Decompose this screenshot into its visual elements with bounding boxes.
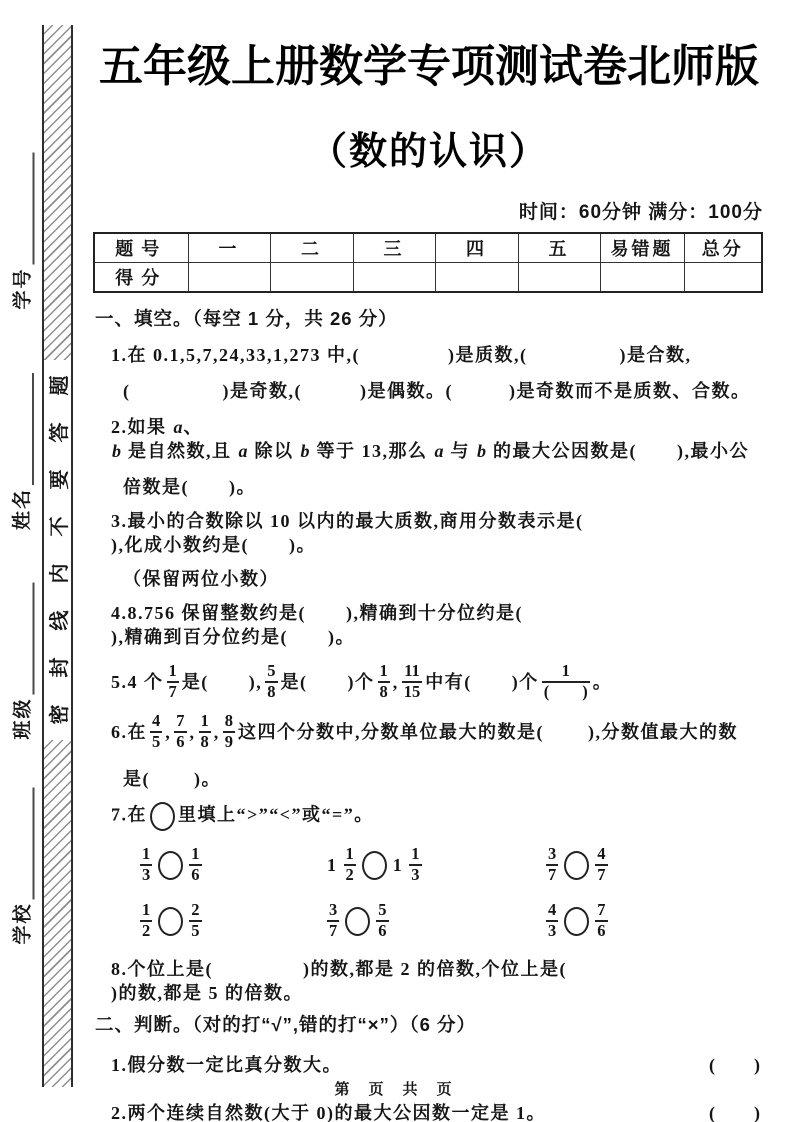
fraction-denominator: 5 [150, 731, 162, 752]
question-text: 2.如果 [111, 417, 173, 437]
fraction-numerator: 1 [140, 845, 152, 864]
fraction: 18 [199, 712, 211, 752]
question-line: 3.最小的合数除以 10 以内的最大质数,商用分数表示是(),化成小数约是()。 [111, 509, 765, 557]
question-text: 是( [182, 670, 209, 694]
question-line-continuation: （保留两位小数） [123, 567, 765, 591]
question-text: 是( [281, 670, 308, 694]
fraction: 13 [140, 845, 152, 885]
seal-character: 密 [34, 701, 81, 728]
fraction-denominator: 7 [327, 920, 339, 941]
answer-blank [360, 357, 448, 361]
fraction-denominator: 3 [409, 864, 421, 885]
question-line: 7.在里填上“>”“<”或“=”。 [111, 802, 765, 831]
fraction-numerator: 2 [189, 901, 201, 920]
circle-blank-icon [158, 851, 183, 880]
score-table-score-row: 得分 [94, 263, 762, 293]
question-text: 2.两个连续自然数(大于 0)的最大公因数一定是 1。 [111, 1101, 546, 1122]
seal-character: 内 [34, 560, 81, 587]
score-cell [270, 263, 353, 293]
variable-letter: b [111, 441, 122, 461]
question-text: 除以 [249, 441, 300, 461]
question-text: ),精确到百分位约是( [111, 627, 288, 647]
fraction-denominator: 3 [140, 864, 152, 885]
circle-blank-icon [158, 907, 183, 936]
answer-parentheses: ( ) [709, 1053, 761, 1077]
question-text: 与 [445, 441, 477, 461]
compare-item: 1225 [137, 901, 324, 941]
seal-character: 答 [34, 419, 81, 446]
exam-meta: 时间：60分钟 满分：100分 [93, 197, 765, 224]
question-text: )是质数,( [448, 345, 528, 365]
field-blank-line [28, 152, 35, 264]
judgement-line: 2.两个连续自然数(大于 0)的最大公因数一定是 1。( ) [111, 1101, 765, 1122]
question-text: 1.假分数一定比真分数大。 [111, 1053, 342, 1077]
question-text: )是奇数,( [223, 381, 303, 401]
score-table-header-cell: 易错题 [600, 233, 684, 263]
answer-blank [249, 547, 289, 551]
score-table-header-cell: 一 [188, 233, 270, 263]
question-line: 8.个位上是()的数,都是 2 的倍数,个位上是()的数,都是 5 的倍数。 [111, 957, 765, 1005]
variable-letter: a [434, 441, 445, 461]
seal-character: 线 [34, 607, 81, 634]
fraction-denominator: 6 [174, 731, 186, 752]
question-text: ),分数值最大的数 [588, 720, 738, 744]
fraction-denominator: ( ) [542, 681, 590, 702]
question-text: )个 [348, 670, 375, 694]
question-text: 8.个位上是( [111, 959, 213, 979]
fraction: 1( ) [542, 662, 590, 702]
variable-letter: a [238, 441, 249, 461]
score-cell [600, 263, 684, 293]
question-text: 二、判断。（对的打“√”,错的打“×”）（6 分） [95, 1014, 476, 1035]
judgement-line: 1.假分数一定比真分数大。( ) [111, 1053, 765, 1077]
variable-letter: b [476, 441, 487, 461]
circle-blank-icon [564, 907, 589, 936]
fraction-numerator: 8 [223, 712, 235, 731]
fraction-numerator: 11 [402, 662, 422, 681]
question-text: 、 [184, 417, 204, 437]
seal-line-text: 题答要不内线封密 [44, 360, 71, 740]
question-line-continuation: 是()。 [123, 767, 765, 791]
fraction-numerator: 5 [376, 901, 388, 920]
question-text: )是合数, [620, 345, 692, 365]
score-table: 题号一二三四五易错题总分得分 [93, 232, 763, 293]
score-cell [353, 263, 435, 293]
field-label: 姓名 [7, 488, 34, 530]
question-text: 里填上“>”“<”或“=”。 [178, 805, 374, 825]
question-text: , [190, 720, 196, 744]
question-text: )是奇数而不是质数、合数。 [509, 381, 751, 401]
score-cell [684, 263, 762, 293]
question-text: )。 [289, 535, 316, 555]
question-text: 1.在 0.1,5,7,24,33,1,273 中,( [111, 345, 360, 365]
question-text: , [214, 720, 220, 744]
fraction: 89 [223, 712, 235, 752]
answer-blank [209, 680, 249, 684]
score-table-header-cell: 四 [435, 233, 518, 263]
field-label: 学号 [8, 267, 35, 309]
hatch-pattern-top [44, 25, 71, 360]
question-text: , [165, 720, 171, 744]
question-line: 4.8.756 保留整数约是(),精确到十分位约是(),精确到百分位约是()。 [111, 601, 765, 649]
fraction-denominator: 6 [595, 920, 607, 941]
fraction-denominator: 2 [140, 920, 152, 941]
compare-item: 1316 [137, 845, 324, 885]
question-line: 6.在45,76,18,89这四个分数中,分数单位最大的数是(),分数值最大的数 [111, 709, 765, 755]
fraction: 37 [327, 901, 339, 941]
fraction: 76 [595, 901, 607, 941]
answer-blank [453, 393, 509, 397]
field-student-id: 学号 [11, 145, 35, 310]
question-text: 1 [390, 853, 407, 877]
fraction-numerator: 1 [167, 662, 179, 681]
fraction-numerator: 3 [327, 901, 339, 920]
main-column: 五年级上册数学专项测试卷北师版 （数的认识） 时间：60分钟 满分：100分 题… [93, 0, 765, 1122]
fraction-numerator: 4 [546, 901, 558, 920]
question-text: )是偶数。( [360, 381, 453, 401]
question-text: （保留两位小数） [123, 569, 279, 589]
question-line: 1.在 0.1,5,7,24,33,1,273 中,()是质数,()是合数, [111, 343, 765, 367]
page-title: 五年级上册数学专项测试卷北师版 [93, 30, 765, 94]
circle-blank-icon [345, 907, 370, 936]
field-blank-line [27, 373, 34, 485]
question-text: 是自然数,且 [122, 441, 238, 461]
page-footer: 第 页 共 页 [58, 1078, 730, 1099]
question-text: , [393, 670, 399, 694]
answer-blank [472, 680, 512, 684]
fraction-numerator: 3 [546, 845, 558, 864]
fraction-denominator: 8 [265, 681, 277, 702]
question-text: ),精确到十分位约是( [346, 603, 523, 623]
fraction-numerator: 1 [378, 662, 390, 681]
question-line-continuation: ()是奇数,()是偶数。()是奇数而不是质数、合数。 [123, 379, 765, 403]
fraction-denominator: 6 [376, 920, 388, 941]
fraction-numerator: 1 [344, 845, 356, 864]
fraction: 56 [376, 901, 388, 941]
fraction-numerator: 5 [265, 662, 277, 681]
fraction: 43 [546, 901, 558, 941]
answer-blank [288, 639, 328, 643]
fraction-denominator: 6 [189, 864, 201, 885]
answer-blank [567, 971, 607, 975]
answer-blank [544, 730, 588, 734]
score-table-header-cell: 五 [518, 233, 600, 263]
compare-row: 122537564376 [137, 899, 765, 943]
question-line: 5.4 个17是(),58是()个18,1115中有()个1( )。 [111, 659, 765, 705]
fraction-numerator: 4 [150, 712, 162, 731]
fraction: 25 [189, 901, 201, 941]
question-text: )。 [328, 627, 355, 647]
field-student-school: 学校 [11, 780, 35, 945]
compare-item: 4376 [543, 901, 765, 941]
fraction: 58 [265, 662, 277, 702]
fraction-numerator: 7 [174, 712, 186, 731]
hatch-pattern-bottom [44, 740, 71, 1087]
field-student-class: 班级 [11, 575, 35, 740]
question-text: )。 [229, 477, 256, 497]
question-line: 2.如果 a、b 是自然数,且 a 除以 b 等于 13,那么 a 与 b 的最… [111, 415, 765, 463]
seal-character: 封 [34, 654, 81, 681]
score-table-header-cell: 三 [353, 233, 435, 263]
answer-blank [131, 393, 223, 397]
score-table-header-cell: 二 [270, 233, 353, 263]
answer-blank [523, 615, 563, 619]
question-text: 1 [324, 853, 341, 877]
question-text: 中有( [425, 670, 472, 694]
section-heading: 一、填空。（每空 1 分，共 26 分） [95, 307, 765, 331]
answer-blank [308, 680, 348, 684]
field-label: 班级 [8, 697, 35, 739]
fraction-denominator: 7 [595, 864, 607, 885]
compare-row: 13161121133747 [137, 843, 765, 887]
score-table-header-cell: 题号 [94, 233, 188, 263]
question-text: 7.在 [111, 805, 147, 825]
seal-character: 题 [34, 372, 81, 399]
seal-character: 要 [34, 466, 81, 493]
fraction: 17 [167, 662, 179, 702]
fraction: 76 [174, 712, 186, 752]
exam-paper-page: 学号姓名班级学校 题答要不内线封密 五年级上册数学专项测试卷北师版 （数的认识）… [0, 0, 793, 1122]
compare-item: 3747 [543, 845, 765, 885]
question-text: 是( [123, 769, 150, 789]
question-line-continuation: 倍数是()。 [123, 475, 765, 499]
fraction-denominator: 8 [199, 731, 211, 752]
fraction-numerator: 1 [199, 712, 211, 731]
fraction: 16 [189, 845, 201, 885]
compare-item: 112113 [324, 845, 543, 885]
fraction-numerator: 7 [595, 901, 607, 920]
fraction-denominator: 7 [546, 864, 558, 885]
question-text: 4.8.756 保留整数约是( [111, 603, 306, 623]
variable-letter: b [300, 441, 311, 461]
circle-blank-icon [564, 851, 589, 880]
answer-blank [528, 357, 620, 361]
fraction-numerator: 1 [560, 662, 572, 681]
fraction-denominator: 5 [189, 920, 201, 941]
score-cell [435, 263, 518, 293]
question-text: ),化成小数约是( [111, 535, 249, 555]
question-text: ( [123, 381, 131, 401]
question-text: ),最小公 [677, 441, 749, 461]
fraction-denominator: 8 [378, 681, 390, 702]
question-text: 的最大公因数是( [487, 441, 637, 461]
fraction: 12 [344, 845, 356, 885]
question-text: ), [249, 670, 263, 694]
field-label: 学校 [8, 902, 35, 944]
question-text: 3.最小的合数除以 10 以内的最大质数,商用分数表示是( [111, 511, 584, 531]
fraction-numerator: 1 [140, 901, 152, 920]
fraction-denominator: 9 [223, 731, 235, 752]
question-text: 倍数是( [123, 477, 189, 497]
score-table-header-cell: 总分 [684, 233, 762, 263]
answer-blank [637, 453, 677, 457]
answer-blank [189, 489, 229, 493]
question-text: )个 [512, 670, 539, 694]
fraction-denominator: 3 [546, 920, 558, 941]
question-text: 一、填空。（每空 1 分，共 26 分） [95, 308, 398, 329]
score-table-header-row: 题号一二三四五易错题总分 [94, 233, 762, 263]
answer-parentheses: ( ) [709, 1101, 761, 1122]
fraction-numerator: 4 [595, 845, 607, 864]
score-cell [518, 263, 600, 293]
answer-blank [213, 971, 303, 975]
fraction: 45 [150, 712, 162, 752]
question-text: 这四个分数中,分数单位最大的数是( [238, 720, 544, 744]
fraction: 12 [140, 901, 152, 941]
circle-blank-icon [150, 802, 175, 831]
answer-blank [584, 523, 624, 527]
question-text: 6.在 [111, 720, 147, 744]
question-text: )。 [194, 769, 221, 789]
field-blank-line [28, 787, 35, 899]
question-text: 等于 13,那么 [311, 441, 434, 461]
answer-blank [302, 393, 360, 397]
question-area: 一、填空。（每空 1 分，共 26 分）1.在 0.1,5,7,24,33,1,… [93, 307, 765, 1122]
fraction-numerator: 1 [409, 845, 421, 864]
fraction-numerator: 1 [189, 845, 201, 864]
fraction-denominator: 15 [402, 681, 423, 702]
fraction-denominator: 7 [167, 681, 179, 702]
fraction: 1115 [402, 662, 423, 702]
fraction: 37 [546, 845, 558, 885]
compare-item: 3756 [324, 901, 543, 941]
question-text: )的数,都是 5 的倍数。 [111, 983, 303, 1003]
question-text: 。 [593, 670, 613, 694]
section-heading: 二、判断。（对的打“√”,错的打“×”）（6 分） [95, 1013, 765, 1037]
seal-character: 不 [34, 513, 81, 540]
page-subtitle: （数的认识） [93, 120, 765, 175]
fraction: 47 [595, 845, 607, 885]
seal-line-band: 题答要不内线封密 [42, 25, 73, 1087]
score-row-label: 得分 [94, 263, 188, 293]
score-cell [188, 263, 270, 293]
answer-blank [306, 615, 346, 619]
field-student-name: 姓名 [10, 360, 34, 530]
answer-blank [150, 781, 194, 785]
circle-blank-icon [362, 851, 387, 880]
variable-letter: a [173, 417, 184, 437]
fraction: 13 [409, 845, 421, 885]
fraction: 18 [378, 662, 390, 702]
fraction-denominator: 2 [344, 864, 356, 885]
question-text: )的数,都是 2 的倍数,个位上是( [303, 959, 567, 979]
question-text: 5.4 个 [111, 670, 164, 694]
